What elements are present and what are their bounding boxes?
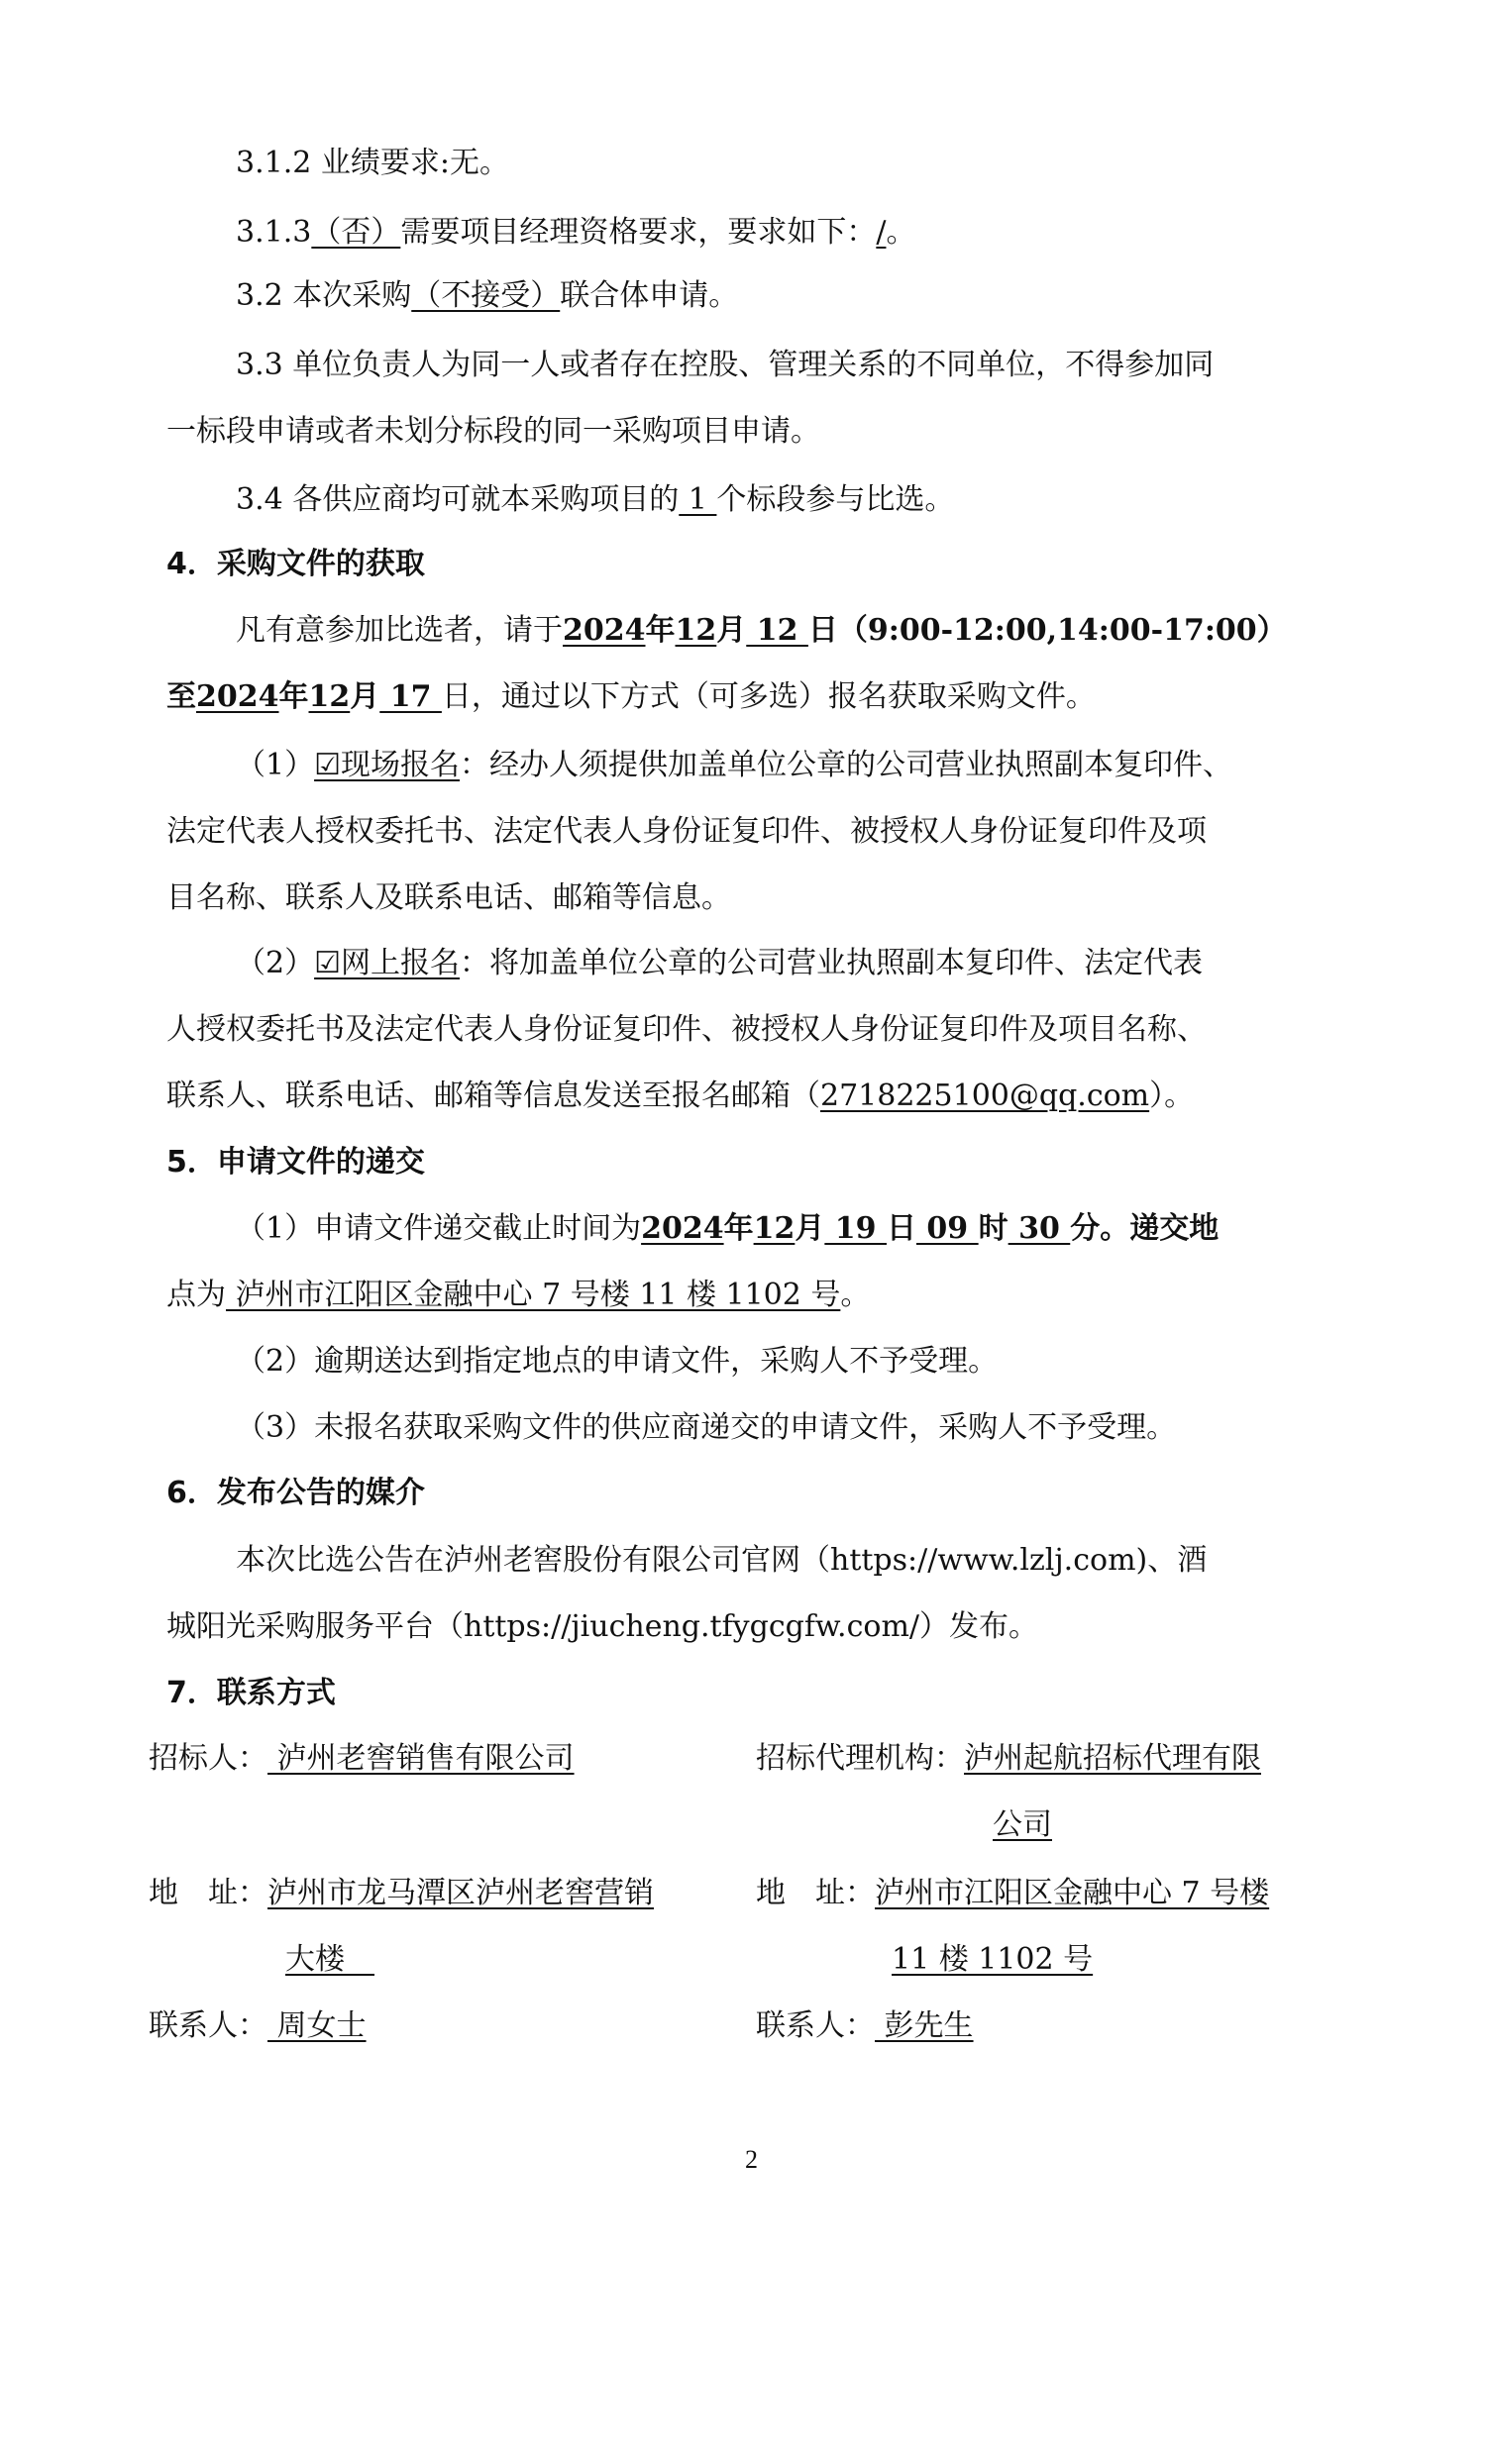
- label: 联系人：: [756, 2008, 875, 2043]
- tenderer-address-cont: 大楼: [285, 1940, 374, 1980]
- text: 月: [350, 679, 379, 714]
- label: 招标人：: [149, 1741, 267, 1776]
- agent-name: 公司: [993, 1807, 1052, 1842]
- checked-checkbox-online: ☑网上报名: [314, 946, 460, 980]
- minute: 30: [1008, 1211, 1071, 1246]
- text: 。: [840, 1278, 870, 1312]
- address: 泸州市江阳区金融中心 7 号楼: [875, 1876, 1269, 1910]
- text: ：经办人须提供加盖单位公章的公司营业执照副本复印件、: [460, 748, 1232, 782]
- label: 地 址：: [149, 1876, 267, 1910]
- year: 2024: [641, 1211, 724, 1246]
- section-5-heading: 5．申请文件的递交: [166, 1143, 425, 1182]
- text: 联系人、联系电话、邮箱等信息发送至报名邮箱（: [166, 1078, 820, 1113]
- text: （1）申请文件递交截止时间为: [236, 1211, 641, 1246]
- month: 12: [309, 679, 351, 714]
- text: 日: [808, 613, 838, 648]
- text: 月: [716, 613, 746, 648]
- address: 11 楼 1102 号: [892, 1942, 1093, 1977]
- agent-name: 泸州起航招标代理有限: [964, 1741, 1261, 1776]
- agent-contact-row: 联系人： 彭先生: [756, 2006, 974, 2046]
- address: 泸州市龙马潭区泸州老窖营销: [267, 1876, 654, 1910]
- sec4-para2: 至2024年12月 17 日，通过以下方式（可多选）报名获取采购文件。: [166, 677, 1096, 717]
- agent-address-row: 地 址：泸州市江阳区金融中心 7 号楼: [756, 1874, 1269, 1913]
- sec4-item1-line1: （1）☑现场报名：经办人须提供加盖单位公章的公司营业执照副本复印件、: [236, 746, 1232, 785]
- text: 。: [886, 215, 915, 250]
- section-3-3-line1: 3.3 单位负责人为同一人或者存在控股、管理关系的不同单位，不得参加同: [236, 346, 1214, 385]
- time-range: （9:00-12:00,14:00-17:00）: [838, 613, 1287, 648]
- text: 一标段申请或者未划分标段的同一采购项目申请。: [166, 414, 820, 449]
- sec4-item2-line1: （2）☑网上报名：将加盖单位公章的公司营业执照副本复印件、法定代表: [236, 944, 1203, 983]
- tenderer-row: 招标人： 泸州老窖销售有限公司: [149, 1739, 575, 1779]
- text: （1）: [236, 748, 314, 782]
- day: 17: [379, 679, 442, 714]
- sec4-para1: 凡有意参加比选者，请于2024年12月 12 日（9:00-12:00,14:0…: [236, 611, 1287, 651]
- tenderer-contact-row: 联系人： 周女士: [149, 2006, 367, 2046]
- text: 月: [795, 1211, 824, 1246]
- text: 需要项目经理资格要求，要求如下：: [400, 215, 876, 250]
- sec4-item2-line3: 联系人、联系电话、邮箱等信息发送至报名邮箱（2718225100@qq.com）…: [166, 1077, 1194, 1116]
- sec5-item1-line2: 点为 泸州市江阳区金融中心 7 号楼 11 楼 1102 号。: [166, 1276, 870, 1315]
- section-3-1-3: 3.1.3（否）需要项目经理资格要求，要求如下：/。: [236, 213, 915, 253]
- address: 泸州市江阳区金融中心 7 号楼 11 楼 1102 号: [226, 1278, 840, 1312]
- text: 时: [979, 1211, 1008, 1246]
- sec5-item3: （3）未报名获取采购文件的供应商递交的申请文件，采购人不予受理。: [236, 1408, 1176, 1448]
- text: 日，通过以下方式（可多选）报名获取采购文件。: [442, 679, 1096, 714]
- day: 12: [746, 613, 808, 648]
- email-link[interactable]: 2718225100@qq.com: [820, 1078, 1149, 1113]
- text: 分。递交地: [1070, 1211, 1219, 1246]
- section-3-2: 3.2 本次采购（不接受）联合体申请。: [236, 276, 738, 316]
- agent-row-cont: 公司: [993, 1805, 1052, 1845]
- underlined-value: 1: [679, 482, 716, 517]
- hour: 09: [916, 1211, 979, 1246]
- month: 12: [676, 613, 717, 648]
- text: 3.1.2 业绩要求:无。: [236, 146, 509, 180]
- section-3-4: 3.4 各供应商均可就本采购项目的 1 个标段参与比选。: [236, 480, 954, 520]
- underlined-value: （不接受）: [411, 278, 560, 313]
- section-3-3-line2: 一标段申请或者未划分标段的同一采购项目申请。: [166, 412, 820, 452]
- text: 3.1.3: [236, 215, 311, 250]
- agent-address-cont: 11 楼 1102 号: [892, 1940, 1093, 1980]
- section-3-1-2: 3.1.2 业绩要求:无。: [236, 144, 509, 183]
- year: 2024: [563, 613, 646, 648]
- underlined-value: /: [876, 215, 886, 250]
- contact-name: 彭先生: [875, 2008, 974, 2043]
- day: 19: [824, 1211, 887, 1246]
- text: 点为: [166, 1278, 226, 1312]
- section-7-heading: 7．联系方式: [166, 1674, 336, 1713]
- checked-checkbox-onsite: ☑现场报名: [314, 748, 460, 782]
- sec4-item1-line3: 目名称、联系人及联系电话、邮箱等信息。: [166, 878, 731, 918]
- sec6-line2: 城阳光采购服务平台（https://jiucheng.tfygcgfw.com/…: [166, 1607, 1038, 1647]
- month: 12: [754, 1211, 796, 1246]
- sec4-item1-line2: 法定代表人授权委托书、法定代表人身份证复印件、被授权人身份证复印件及项: [166, 812, 1207, 852]
- text: 至: [166, 679, 196, 714]
- text: 年: [724, 1211, 754, 1246]
- year: 2024: [196, 679, 279, 714]
- text: 凡有意参加比选者，请于: [236, 613, 563, 648]
- label: 联系人：: [149, 2008, 267, 2043]
- section-6-heading: 6．发布公告的媒介: [166, 1474, 425, 1513]
- contact-name: 周女士: [267, 2008, 367, 2043]
- text: 个标段参与比选。: [716, 482, 954, 517]
- sec5-item1-line1: （1）申请文件递交截止时间为2024年12月 19 日 09 时 30 分。递交…: [236, 1209, 1219, 1249]
- text: 日: [887, 1211, 916, 1246]
- sec4-item2-line2: 人授权委托书及法定代表人身份证复印件、被授权人身份证复印件及项目名称、: [166, 1010, 1207, 1050]
- text: 3.4 各供应商均可就本采购项目的: [236, 482, 679, 517]
- text: 年: [646, 613, 676, 648]
- text: ：将加盖单位公章的公司营业执照副本复印件、法定代表: [460, 946, 1203, 980]
- text: 年: [279, 679, 309, 714]
- sec6-line1: 本次比选公告在泸州老窖股份有限公司官网（https://www.lzlj.com…: [236, 1541, 1207, 1581]
- tenderer-name: 泸州老窖销售有限公司: [267, 1741, 575, 1776]
- underlined-value: （否）: [311, 215, 400, 250]
- label: 地 址：: [756, 1876, 875, 1910]
- page-number: 2: [745, 2145, 758, 2175]
- text: 联合体申请。: [560, 278, 738, 313]
- text: ）。: [1149, 1078, 1194, 1113]
- section-4-heading: 4．采购文件的获取: [166, 545, 425, 584]
- address: 大楼: [285, 1942, 374, 1977]
- sec5-item2: （2）逾期送达到指定地点的申请文件，采购人不予受理。: [236, 1342, 998, 1382]
- tenderer-address-row: 地 址：泸州市龙马潭区泸州老窖营销: [149, 1874, 654, 1913]
- label: 招标代理机构：: [756, 1741, 964, 1776]
- text: （2）: [236, 946, 314, 980]
- text: 3.3 单位负责人为同一人或者存在控股、管理关系的不同单位，不得参加同: [236, 348, 1214, 382]
- text: 3.2 本次采购: [236, 278, 411, 313]
- agent-row: 招标代理机构：泸州起航招标代理有限: [756, 1739, 1261, 1779]
